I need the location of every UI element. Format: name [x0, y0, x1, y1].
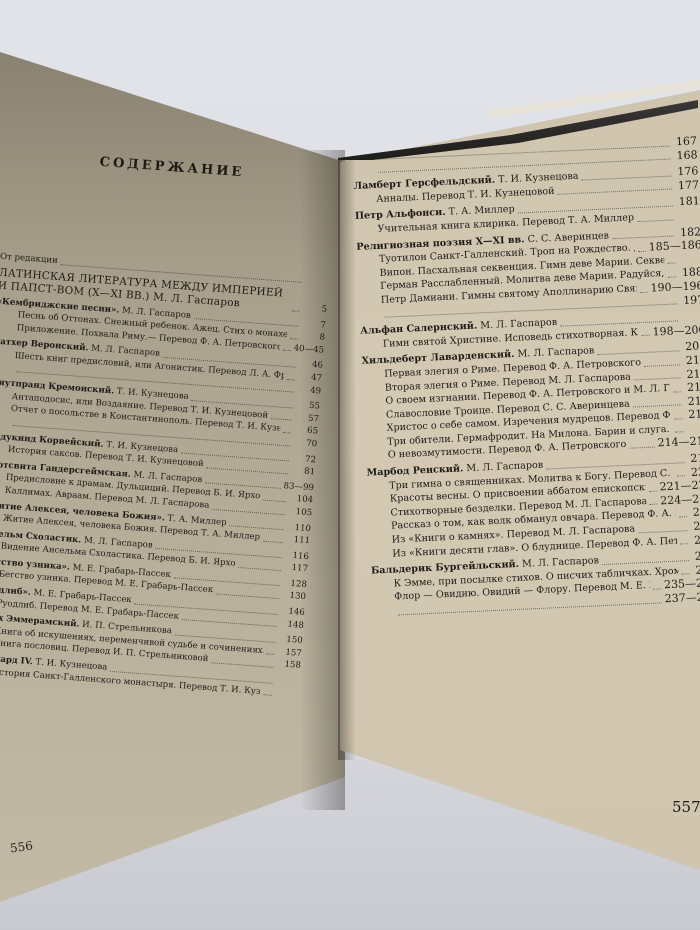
dot-leader — [679, 516, 687, 517]
dot-leader — [264, 694, 272, 696]
dot-leader — [649, 504, 657, 505]
dot-leader — [292, 310, 300, 312]
toc-entry-page: 81 — [291, 465, 316, 479]
dot-leader — [206, 467, 288, 474]
toc-entry-page: 211 — [684, 380, 700, 395]
dot-leader — [638, 251, 646, 252]
toc-entry-page: 83—99 — [283, 480, 314, 495]
toc-entry-page: 233 — [692, 563, 700, 578]
toc-entry-author-name: «Руодлиб». — [0, 584, 31, 598]
dot-leader — [287, 379, 295, 381]
dot-leader — [211, 662, 274, 668]
dot-leader — [238, 567, 281, 571]
page-number-right: 557 — [672, 798, 700, 816]
toc-entry-page: 181 — [675, 195, 700, 210]
toc-entry-page: 214 — [685, 407, 700, 422]
toc-entry-page: 188 — [679, 266, 700, 281]
toc-entry-page: 214—215 — [657, 435, 700, 451]
toc-entry-author-name: Эккехард IV. — [0, 653, 33, 668]
toc-entry-page: 158 — [276, 659, 301, 673]
dot-leader — [629, 447, 654, 449]
toc-entry-title: От редакции — [0, 251, 58, 268]
toc-entry-page: 228 — [691, 533, 700, 548]
toc-entry-page: 105 — [288, 505, 313, 519]
toc-entry-page: 220 — [688, 465, 700, 480]
dot-leader — [271, 418, 292, 421]
dot-leader — [283, 432, 291, 434]
dot-leader — [675, 418, 683, 419]
dot-leader — [677, 475, 685, 476]
toc-entry-critic: Т. А. Миллер — [445, 204, 515, 218]
toc-entry-page: 225 — [690, 505, 700, 520]
dot-leader — [267, 654, 275, 656]
dot-leader — [640, 291, 648, 292]
dot-leader — [263, 540, 283, 542]
toc-entry-page: 225 — [690, 519, 700, 534]
dot-leader — [649, 490, 657, 491]
toc-entry-page: 70 — [293, 437, 318, 451]
dot-leader — [673, 391, 681, 392]
gutter-shadow-right — [338, 160, 356, 760]
toc-entry-page: 148 — [279, 618, 304, 632]
dot-leader — [667, 263, 675, 264]
toc-entry-page: 210 — [683, 367, 700, 382]
toc-entry-page: 237—240 — [664, 590, 700, 606]
toc-entry-page: 168 — [673, 148, 698, 163]
dot-leader — [558, 189, 672, 195]
dot-leader — [263, 500, 286, 503]
toc-entry-page — [305, 286, 329, 288]
dot-leader — [637, 219, 673, 222]
dot-leader — [633, 405, 682, 408]
dot-leader — [682, 574, 690, 575]
toc-entry-page: 182 — [677, 225, 700, 240]
toc-entry-page: 177 — [675, 178, 700, 193]
dot-leader — [653, 588, 661, 589]
dot-leader — [216, 593, 279, 599]
toc-entry-page: 208 — [682, 339, 700, 354]
toc-list-left: От редакцииЛАТИНСКАЯ ЛИТЕРАТУРА МЕЖДУ ИМ… — [0, 251, 330, 701]
toc-list-right: 167168Ламберт Герсфельдский. Т. И. Кузне… — [352, 134, 700, 619]
dot-leader — [612, 236, 674, 240]
dot-leader — [644, 364, 680, 367]
dot-leader — [634, 377, 681, 380]
toc-entry-page: 130 — [281, 590, 306, 604]
toc-entry-page: 185—186 — [648, 238, 700, 254]
toc-entry-page: 197 — [680, 293, 700, 308]
toc-entry-page: 213 — [684, 394, 700, 409]
dot-leader — [680, 543, 688, 544]
dot-leader — [675, 432, 683, 433]
dot-leader — [212, 508, 285, 514]
dot-leader — [642, 335, 650, 336]
dot-leader — [182, 619, 277, 627]
toc-right: 167168Ламберт Герсфельдский. Т. И. Кузне… — [352, 134, 700, 619]
toc-left: СОДЕРЖАНИЕ От редакцииЛАТИНСКАЯ ЛИТЕРАТУ… — [0, 148, 337, 701]
toc-entry-critic: Т. И. Кузнецова — [495, 171, 579, 186]
toc-entry-page: 198—206 — [652, 323, 700, 339]
toc-entry-page: 49 — [297, 383, 322, 397]
dot-leader — [668, 276, 676, 277]
toc-entry-page: 117 — [284, 562, 309, 576]
dot-leader — [290, 338, 298, 340]
toc-entry-page: 215 — [687, 451, 700, 466]
toc-entry-page: 40—45 — [293, 342, 324, 357]
toc-entry-page: 167 — [673, 134, 698, 149]
toc-entry-page: 111 — [286, 534, 311, 548]
dot-leader — [282, 350, 290, 352]
toc-entry-page — [677, 222, 700, 223]
toc-entry-page: 176 — [674, 165, 699, 180]
toc-entry-page: 5 — [303, 302, 328, 316]
toc-entry-page: 230 — [692, 549, 700, 564]
dot-leader — [638, 530, 687, 533]
toc-entry-page: 210 — [683, 353, 700, 368]
